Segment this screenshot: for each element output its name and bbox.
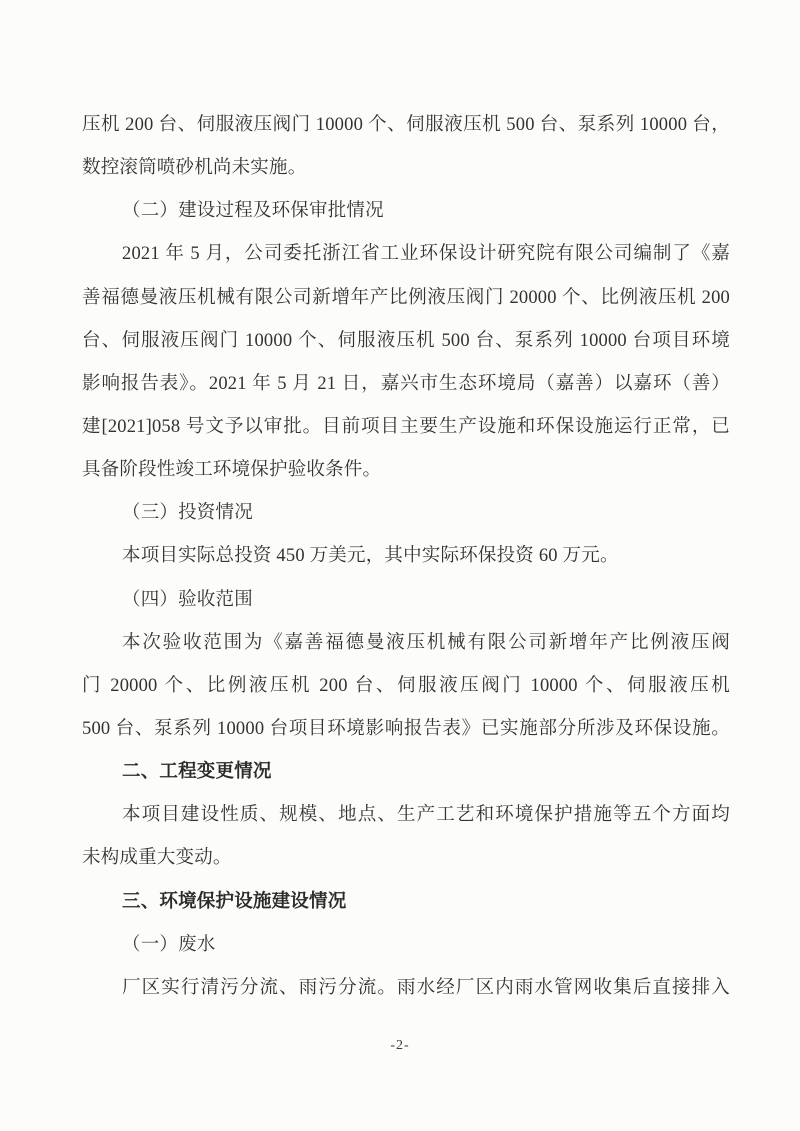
text-line: （三）投资情况 — [82, 492, 730, 535]
text-line: 具备阶段性竣工环境保护验收条件。 — [82, 449, 730, 492]
text-line: 2021 年 5 月，公司委托浙江省工业环保设计研究院有限公司编制了《嘉 — [82, 233, 730, 276]
text-line: 500 台、泵系列 10000 台项目环境影响报告表》已实施部分所涉及环保设施。 — [82, 708, 730, 751]
text-line: （四）验收范围 — [82, 579, 730, 622]
text-line: 善福德曼液压机械有限公司新增年产比例液压阀门 20000 个、比例液压机 200 — [82, 277, 730, 320]
text-line: （二）建设过程及环保审批情况 — [82, 190, 730, 233]
text-line: 二、工程变更情况 — [82, 751, 730, 794]
text-line: 厂区实行清污分流、雨污分流。雨水经厂区内雨水管网收集后直接排入 — [82, 967, 730, 1010]
text-line: 数控滚筒喷砂机尚未实施。 — [82, 147, 730, 190]
text-line: 压机 200 台、伺服液压阀门 10000 个、伺服液压机 500 台、泵系列 … — [82, 104, 730, 147]
text-line: 影响报告表》。2021 年 5 月 21 日，嘉兴市生态环境局（嘉善）以嘉环（善… — [82, 363, 730, 406]
text-line: 本次验收范围为《嘉善福德曼液压机械有限公司新增年产比例液压阀 — [82, 622, 730, 665]
document-body: 压机 200 台、伺服液压阀门 10000 个、伺服液压机 500 台、泵系列 … — [82, 104, 730, 1010]
text-line: 三、环境保护设施建设情况 — [82, 881, 730, 924]
text-line: 本项目实际总投资 450 万美元，其中实际环保投资 60 万元。 — [82, 535, 730, 578]
text-line: 建[2021]058 号文予以审批。目前项目主要生产设施和环保设施运行正常，已 — [82, 406, 730, 449]
text-line: 未构成重大变动。 — [82, 837, 730, 880]
document-page: 压机 200 台、伺服液压阀门 10000 个、伺服液压机 500 台、泵系列 … — [0, 0, 800, 1131]
text-line: 台、伺服液压阀门 10000 个、伺服液压机 500 台、泵系列 10000 台… — [82, 320, 730, 363]
page-number: -2- — [0, 1036, 800, 1056]
text-line: 门 20000 个、比例液压机 200 台、伺服液压阀门 10000 个、伺服液… — [82, 665, 730, 708]
text-line: （一）废水 — [82, 924, 730, 967]
text-line: 本项目建设性质、规模、地点、生产工艺和环境保护措施等五个方面均 — [82, 794, 730, 837]
